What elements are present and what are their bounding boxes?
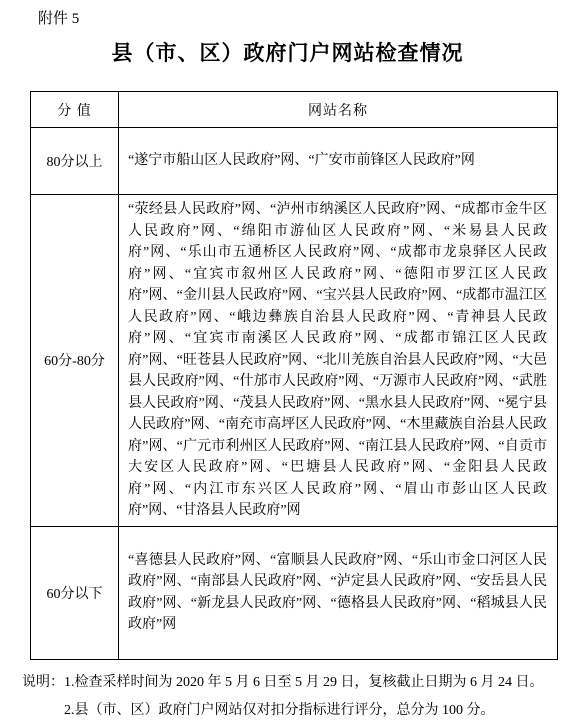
score-range-label: 80分以上 [31,128,119,195]
site-list: “喜德县人民政府”网、“富顺县人民政府”网、“乐山市金口河区人民政府”网、“南部… [119,526,558,659]
column-header-score: 分 值 [31,92,119,128]
attachment-label: 附件 5 [38,0,575,29]
notes-label: 说明： [22,669,64,721]
table-row-60-to-80: 60分-80分 “荥经县人民政府”网、“泸州市纳溪区人民政府”网、“成都市金牛区… [31,195,558,527]
note-line-2: 2.县（市、区）政府门户网站仅对扣分指标进行评分，总分为 100 分。 [64,697,565,721]
score-range-label: 60分以下 [31,526,119,659]
page-title: 县（市、区）政府门户网站检查情况 [0,38,575,68]
column-header-site: 网站名称 [119,92,558,128]
score-range-label: 60分-80分 [31,195,119,527]
site-list: “荥经县人民政府”网、“泸州市纳溪区人民政府”网、“成都市金牛区人民政府”网、“… [119,195,558,527]
score-table: 分 值 网站名称 80分以上 “遂宁市船山区人民政府”网、“广安市前锋区人民政府… [30,91,558,660]
table-row-above-80: 80分以上 “遂宁市船山区人民政府”网、“广安市前锋区人民政府”网 [31,128,558,195]
table-row-below-60: 60分以下 “喜德县人民政府”网、“富顺县人民政府”网、“乐山市金口河区人民政府… [31,526,558,659]
notes-section: 说明： 1.检查采样时间为 2020 年 5 月 6 日至 5 月 29 日，复… [22,669,565,721]
note-line-1: 1.检查采样时间为 2020 年 5 月 6 日至 5 月 29 日，复核截止日… [64,669,565,697]
document-page: 附件 5 县（市、区）政府门户网站检查情况 分 值 网站名称 80分以上 “遂宁… [0,0,575,721]
notes-items: 1.检查采样时间为 2020 年 5 月 6 日至 5 月 29 日，复核截止日… [64,669,565,721]
site-list: “遂宁市船山区人民政府”网、“广安市前锋区人民政府”网 [119,128,558,195]
table-header-row: 分 值 网站名称 [31,92,558,128]
